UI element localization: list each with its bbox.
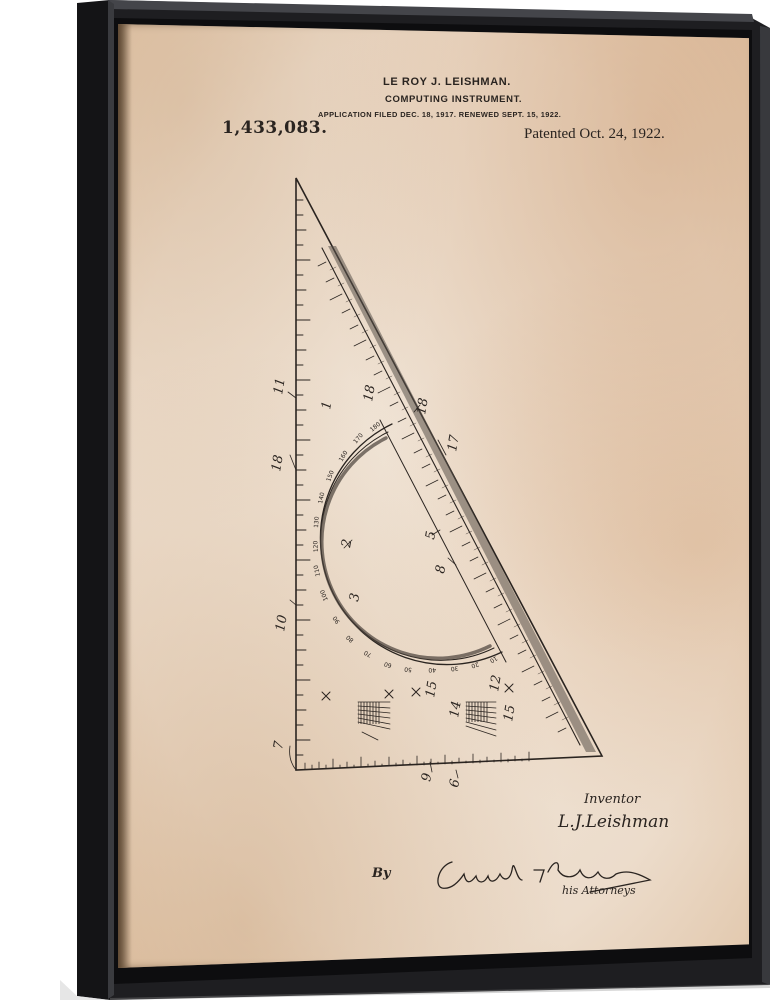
svg-text:18: 18 (269, 454, 287, 473)
svg-text:9: 9 (419, 772, 435, 783)
svg-text:160: 160 (338, 449, 350, 463)
inventor-signature: L.J.Leishman (558, 812, 669, 832)
svg-text:120: 120 (312, 540, 320, 552)
svg-text:14: 14 (447, 700, 465, 719)
vernier-scale-left (358, 702, 390, 740)
svg-text:12: 12 (487, 674, 505, 693)
svg-text:100: 100 (319, 588, 330, 601)
svg-text:20: 20 (470, 660, 480, 669)
svg-text:90: 90 (331, 614, 341, 624)
svg-text:40: 40 (428, 666, 436, 673)
svg-text:180: 180 (369, 421, 382, 434)
svg-text:1: 1 (319, 400, 335, 411)
svg-text:110: 110 (313, 564, 322, 577)
svg-text:15: 15 (501, 704, 519, 723)
svg-text:6: 6 (447, 778, 463, 789)
svg-text:17: 17 (445, 433, 463, 453)
svg-text:30: 30 (450, 664, 459, 672)
svg-text:7: 7 (271, 739, 287, 750)
attorneys-label: his Attorneys (562, 884, 636, 897)
svg-text:3: 3 (347, 592, 363, 603)
svg-text:10: 10 (273, 614, 291, 633)
svg-text:50: 50 (404, 665, 412, 673)
svg-text:18: 18 (361, 384, 379, 403)
svg-text:70: 70 (363, 649, 373, 659)
svg-text:2: 2 (339, 538, 355, 550)
by-label: By (372, 866, 391, 881)
svg-text:15: 15 (423, 680, 441, 699)
hypotenuse-scale (318, 262, 566, 732)
svg-text:130: 130 (313, 516, 321, 528)
cross-marks (322, 684, 513, 700)
hypotenuse-inner-edge (322, 248, 580, 745)
svg-text:18: 18 (414, 397, 432, 416)
reference-numerals: 7 10 18 11 1 18 18 17 5 8 2 3 15 12 15 1… (269, 377, 519, 789)
vertical-edge-scale (296, 200, 310, 755)
framed-print: LE ROY J. LEISHMAN. COMPUTING INSTRUMENT… (0, 0, 771, 1000)
svg-text:8: 8 (433, 564, 449, 575)
vernier-scale-right (466, 702, 496, 736)
svg-text:10: 10 (488, 654, 498, 664)
inventor-label: Inventor (584, 792, 640, 807)
svg-text:60: 60 (383, 660, 392, 669)
svg-text:11: 11 (271, 377, 289, 396)
svg-text:80: 80 (345, 633, 355, 643)
